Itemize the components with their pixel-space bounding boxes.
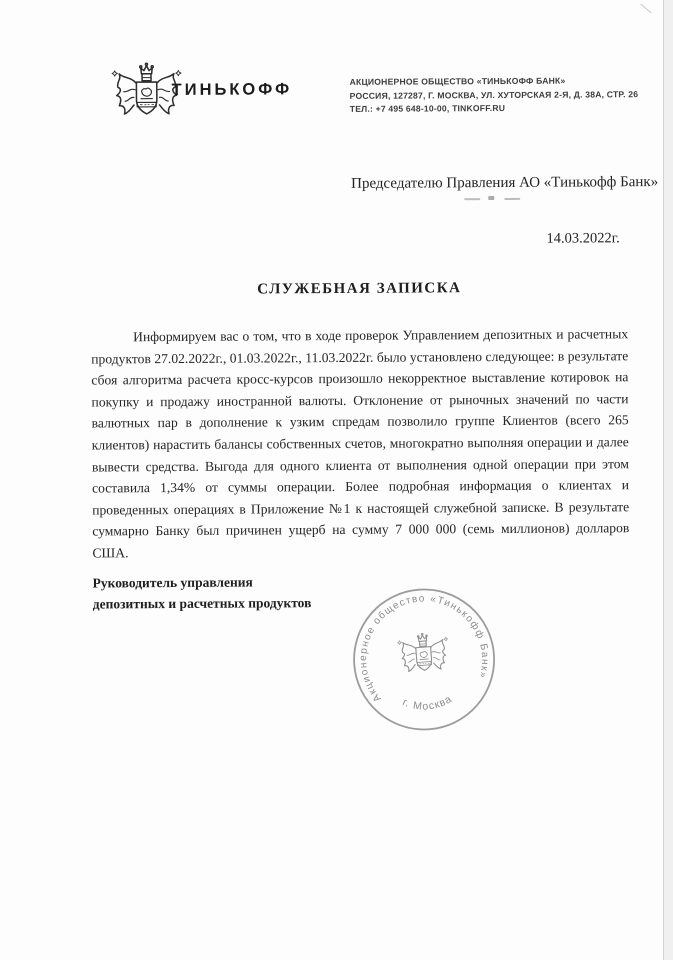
brand-wordmark: ТИНЬКОФФ [172, 80, 293, 100]
recipient-line: Председателю Правления АО «Тинькофф Банк… [298, 174, 658, 193]
seal-center-coat-of-arms-icon [397, 632, 450, 673]
memo-body-paragraph: Информируем вас о том, что в ходе провер… [91, 323, 629, 564]
scanned-memo-page: ТИНЬКОФФ АКЦИОНЕРНОЕ ОБЩЕСТВО «ТИНЬКОФФ … [0, 0, 673, 960]
address-line-street: РОССИЯ, 127287, Г. МОСКВА, УЛ. ХУТОРСКАЯ… [350, 88, 640, 103]
letterhead-address: АКЦИОНЕРНОЕ ОБЩЕСТВО «ТИНЬКОФФ БАНК» РОС… [350, 74, 640, 116]
redacted-name-marks [464, 196, 534, 204]
seal-city-text: г. Москва [400, 692, 455, 714]
signature-title-line2: депозитных и расчетных продуктов [93, 592, 312, 614]
signature-title-line1: Руководитель управления [93, 571, 312, 593]
document-date: 14.03.2022г. [546, 230, 619, 247]
document-title: СЛУЖЕБНАЯ ЗАПИСКА [91, 279, 628, 299]
signature-block: Руководитель управления депозитных и рас… [93, 571, 312, 614]
address-line-phone: ТЕЛ.: +7 495 648-10-00, TINKOFF.RU [350, 101, 640, 116]
round-seal-stamp: Акционерное общество «Тинькофф Банк» г. … [333, 568, 515, 750]
